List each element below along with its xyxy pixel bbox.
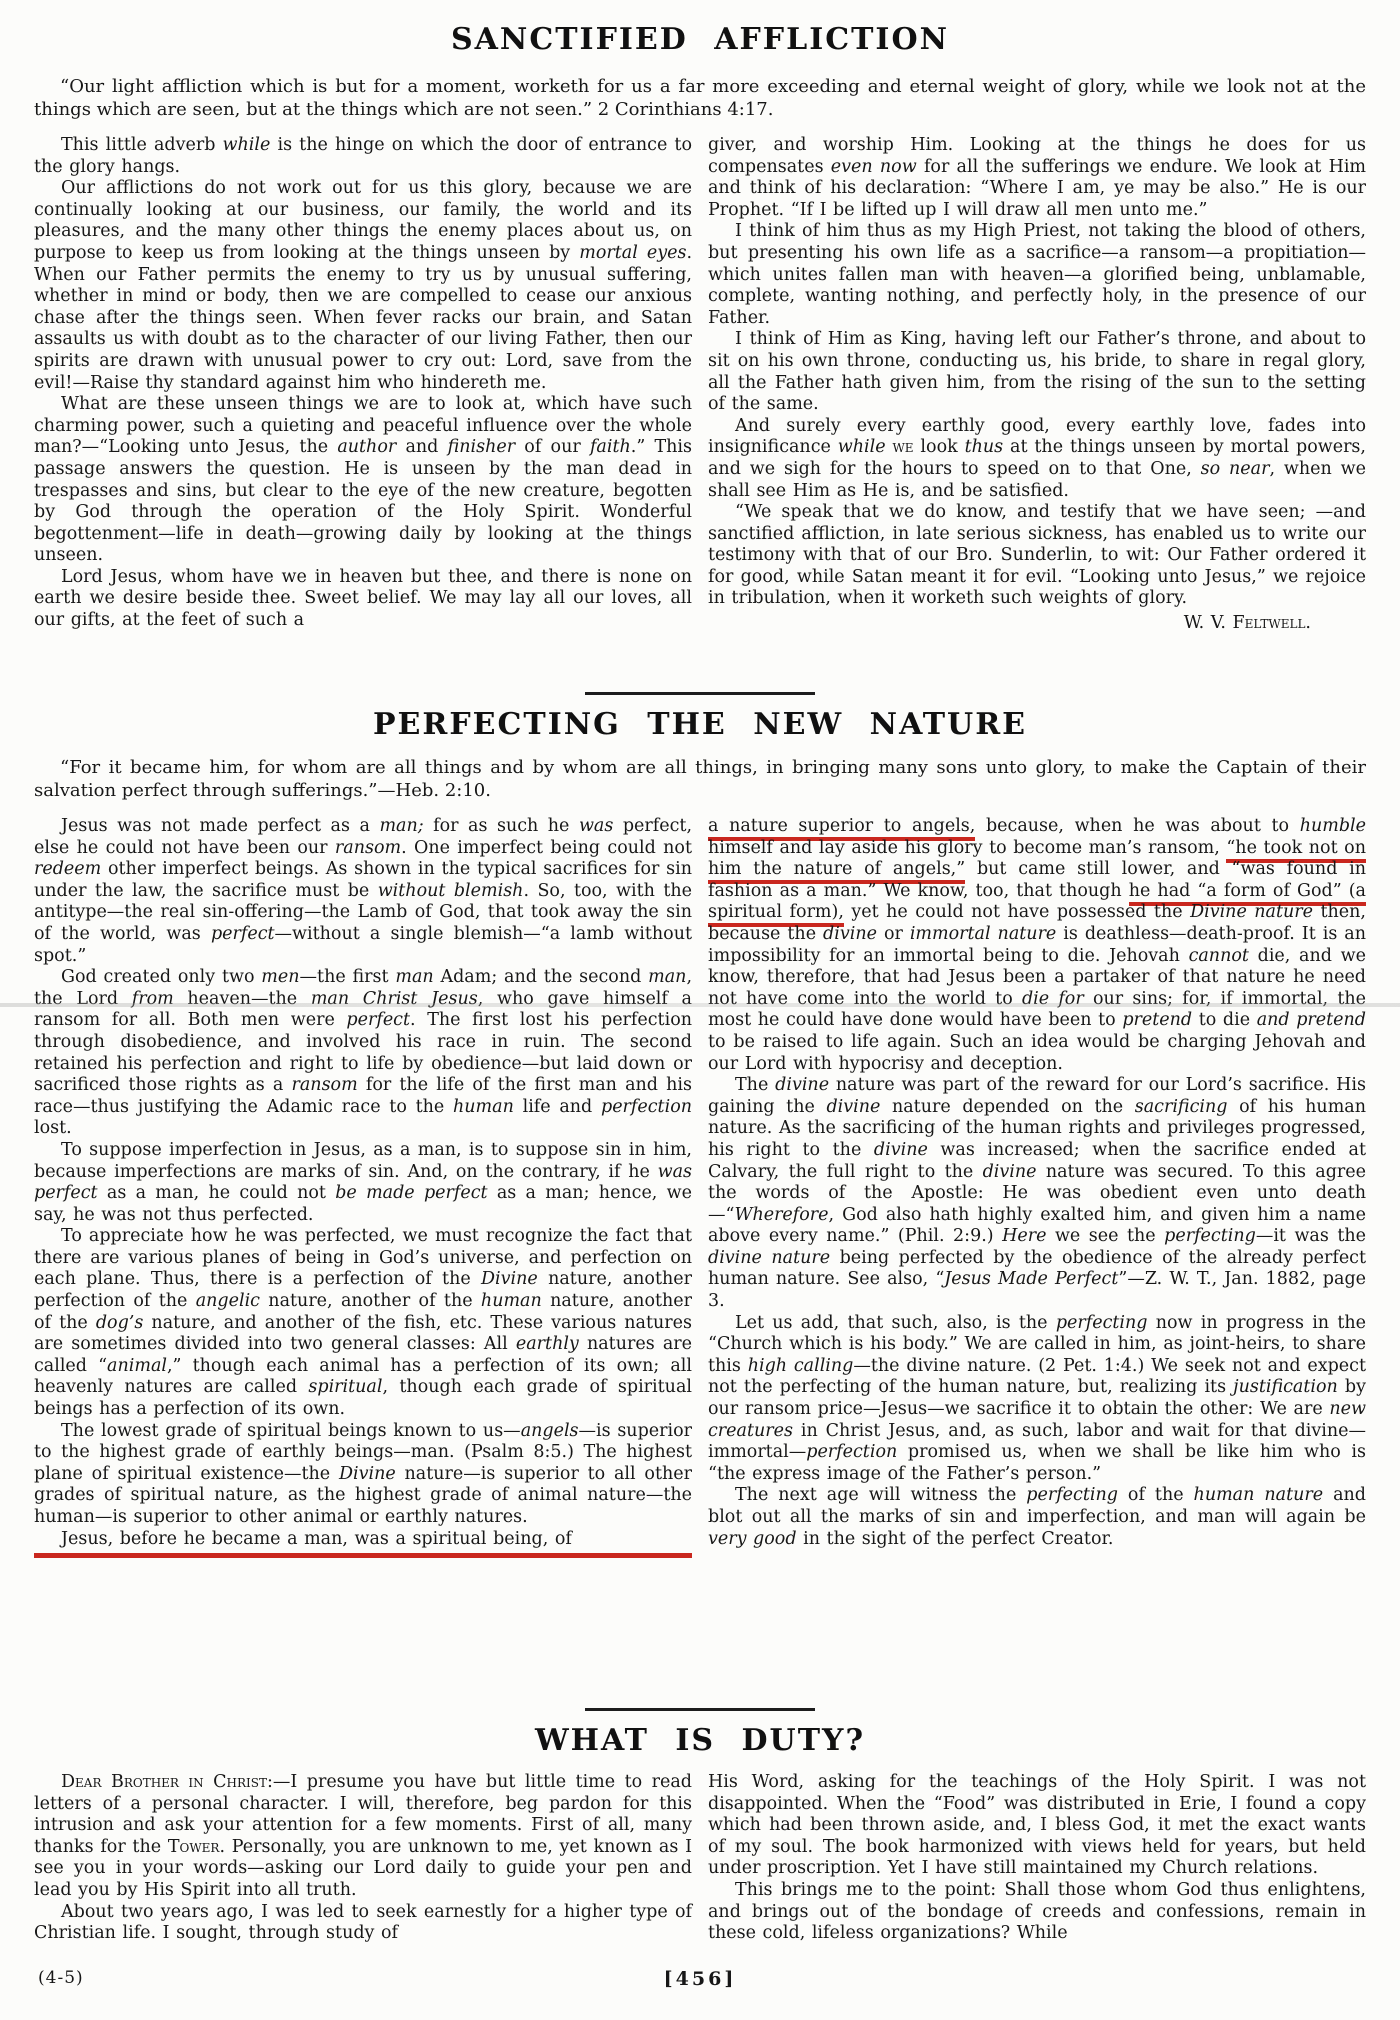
article-title-sanctified-affliction: SANCTIFIED AFFLICTION xyxy=(0,0,1400,57)
page: SANCTIFIED AFFLICTION “Our light afflict… xyxy=(0,0,1400,2020)
epigraph-sanctified-affliction: “Our light affliction which is but for a… xyxy=(34,75,1366,121)
paragraph: I think of Him as King, having left our … xyxy=(708,329,1366,415)
right-column: a nature superior to angels, because, wh… xyxy=(708,816,1366,1696)
paragraph: This little adverb while is the hinge on… xyxy=(34,135,692,178)
paragraph: And surely every earthly good, every ear… xyxy=(708,416,1366,502)
paragraph: What are these unseen things we are to l… xyxy=(34,394,692,567)
right-column: His Word, asking for the teachings of th… xyxy=(708,1772,1366,1945)
paragraph: His Word, asking for the teachings of th… xyxy=(708,1772,1366,1880)
left-column: Jesus was not made perfect as a man; for… xyxy=(34,816,692,1696)
paragraph: To appreciate how he was perfected, we m… xyxy=(34,1226,692,1420)
section-divider xyxy=(585,692,815,695)
paragraph: a nature superior to angels, because, wh… xyxy=(708,816,1366,1075)
paragraph: The next age will witness the perfecting… xyxy=(708,1485,1366,1550)
article-body: Jesus was not made perfect as a man; for… xyxy=(34,816,1366,1696)
article-title-what-is-duty: WHAT IS DUTY? xyxy=(0,1723,1400,1758)
red-underlined-line: Jesus, before he became a man, was a spi… xyxy=(34,1529,692,1559)
paragraph: About two years ago, I was led to seek e… xyxy=(34,1902,692,1945)
section-divider xyxy=(585,1708,815,1711)
epigraph-perfecting-the-new-nature: “For it became him, for whom are all thi… xyxy=(34,756,1366,802)
paragraph: “We speak that we do know, and testify t… xyxy=(708,502,1366,610)
paragraph: giver, and worship Him. Looking at the t… xyxy=(708,135,1366,221)
paragraph: Our afflictions do not work out for us t… xyxy=(34,178,692,394)
page-footer: (4-5) [456] xyxy=(0,1968,1400,1992)
paragraph: I think of him thus as my High Priest, n… xyxy=(708,221,1366,329)
paragraph: This brings me to the point: Shall those… xyxy=(708,1880,1366,1945)
paragraph: To suppose imperfection in Jesus, as a m… xyxy=(34,1140,692,1226)
right-column: giver, and worship Him. Looking at the t… xyxy=(708,135,1366,680)
paragraph: Let us add, that such, also, is the perf… xyxy=(708,1313,1366,1486)
paragraph: The lowest grade of spiritual beings kno… xyxy=(34,1421,692,1529)
article-what-is-duty: WHAT IS DUTY? Dear Brother in Christ:—I … xyxy=(0,1723,1400,1945)
paragraph: Dear Brother in Christ:—I presume you ha… xyxy=(34,1772,692,1902)
left-column: Dear Brother in Christ:—I presume you ha… xyxy=(34,1772,692,1945)
paragraph: Jesus was not made perfect as a man; for… xyxy=(34,816,692,967)
article-perfecting-the-new-nature: PERFECTING THE NEW NATURE “For it became… xyxy=(0,707,1400,1696)
left-column: This little adverb while is the hinge on… xyxy=(34,135,692,680)
paragraph: The divine nature was part of the reward… xyxy=(708,1075,1366,1313)
article-sanctified-affliction: SANCTIFIED AFFLICTION “Our light afflict… xyxy=(0,0,1400,680)
footer-signature-info: (4-5) xyxy=(38,1968,84,1988)
signature: W. V. Feltwell. xyxy=(708,613,1366,635)
paragraph: God created only two men—the first man A… xyxy=(34,967,692,1140)
article-title-perfecting-the-new-nature: PERFECTING THE NEW NATURE xyxy=(0,707,1400,742)
article-body: Dear Brother in Christ:—I presume you ha… xyxy=(34,1772,1366,1945)
article-body: This little adverb while is the hinge on… xyxy=(34,135,1366,680)
paragraph: Lord Jesus, whom have we in heaven but t… xyxy=(34,567,692,632)
footer-page-number: [456] xyxy=(664,1968,737,1990)
